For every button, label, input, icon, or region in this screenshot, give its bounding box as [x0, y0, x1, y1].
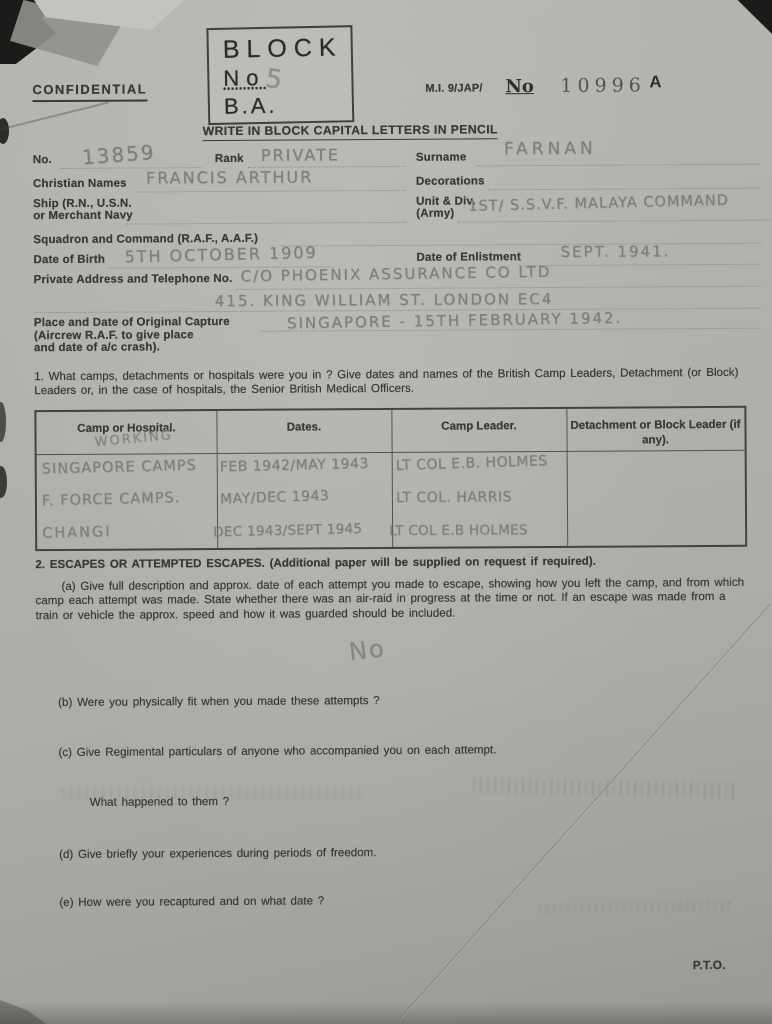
- field-value-rank: PRIVATE: [261, 145, 340, 164]
- scanned-pow-form-page: BLOCK No 5 B.A. CONFIDENTIAL M.I. 9/JAP/…: [0, 0, 772, 1024]
- table-header-leader: Camp Leader.: [391, 419, 566, 435]
- field-label-decorations: Decorations: [416, 175, 485, 187]
- field-label-enlistment: Date of Enlistment: [416, 251, 521, 264]
- pencil-instruction-heading: WRITE IN BLOCK CAPITAL LETTERS IN PENCIL: [203, 122, 498, 141]
- camps-table: Camp or Hospital. Dates. Camp Leader. De…: [34, 406, 747, 551]
- field-value-unit: 1ST/ S.S.V.F. MALAYA COMMAND: [468, 193, 729, 215]
- field-line-unit: [458, 220, 770, 223]
- field-value-christian-names: FRANCIS ARTHUR: [146, 167, 313, 187]
- field-value-surname: FARNAN: [504, 139, 597, 160]
- serial-no-label: No: [505, 76, 534, 97]
- field-value-enlistment: SEPT. 1941.: [560, 242, 670, 261]
- field-value-date-of-birth: 5TH OCTOBER 1909: [124, 243, 318, 267]
- field-line-decorations: [488, 188, 760, 191]
- question-2c-text: (c) Give Regimental particulars of anyon…: [58, 742, 718, 760]
- field-line-christian-names: [138, 190, 406, 193]
- question-1-text: 1. What camps, detachments or hospitals …: [34, 366, 746, 399]
- field-label-rank: Rank: [215, 153, 244, 165]
- table-header-detachment: Detachment or Block Leader (if any).: [570, 418, 740, 449]
- table-row1-leader: LT COL E.B. HOLMES: [395, 453, 547, 474]
- table-header-rule: [37, 450, 745, 456]
- field-value-address-2: 415. KING WILLIAM ST. LONDON EC4: [215, 290, 554, 310]
- question-2b-text: (b) Were you physically fit when you mad…: [58, 692, 718, 710]
- field-line-enlistment: [518, 264, 760, 266]
- table-row3-camp: CHANGI: [42, 524, 112, 542]
- field-note-capture-2: and date of a/c crash).: [34, 341, 160, 354]
- field-label-unit-line2: (Army): [416, 208, 454, 220]
- question-2-heading: 2. ESCAPES OR ATTEMPTED ESCAPES. (Additi…: [35, 554, 749, 573]
- table-row3-dates: DEC 1943/SEPT 1945: [213, 521, 362, 541]
- block-number-stamp: BLOCK No 5 B.A.: [206, 25, 354, 125]
- table-row2-camp: F. FORCE CAMPS.: [42, 490, 181, 509]
- field-label-date-of-birth: Date of Birth: [33, 254, 105, 266]
- table-row2-dates: MAY/DEC 1943: [220, 488, 330, 508]
- table-header-dates: Dates.: [216, 420, 391, 436]
- field-label-capture: Place and Date of Original Capture: [34, 316, 230, 329]
- form-content: BLOCK No 5 B.A. CONFIDENTIAL M.I. 9/JAP/…: [0, 0, 772, 1024]
- field-label-no: No.: [33, 154, 52, 166]
- stamp-ba-word: B.A.: [224, 93, 278, 120]
- field-line-squadron: [281, 243, 761, 247]
- field-note-capture-1: (Aircrew R.A.F. to give place: [34, 329, 194, 342]
- table-row2-leader: LT COL. HARRIS: [396, 489, 512, 506]
- stamp-block-number-handwritten: 5: [263, 64, 286, 96]
- question-2d-text: (d) Give briefly your experiences during…: [59, 844, 719, 862]
- table-row3-leader: LT COL E.B HOLMES: [389, 522, 528, 539]
- table-row1-dates: FEB 1942/MAY 1943: [220, 456, 369, 476]
- confidential-marking: CONFIDENTIAL: [32, 81, 147, 102]
- stamp-block-word: BLOCK: [223, 33, 343, 64]
- question-2c2-text: What happened to them ?: [90, 792, 690, 810]
- field-label-christian-names: Christian Names: [33, 178, 127, 191]
- field-line-ship: [126, 222, 406, 225]
- question-2a-text: (a) Give full description and approx. da…: [35, 576, 749, 623]
- field-label-unit-line1: Unit & Div.: [416, 195, 476, 207]
- field-value-address-1: C/O PHOENIX ASSURANCE CO LTD: [240, 263, 551, 286]
- stamp-no-label: No: [223, 65, 266, 92]
- field-label-address: Private Address and Telephone No.: [34, 273, 233, 286]
- please-turn-over: P.T.O.: [693, 958, 726, 972]
- table-row1-camp: SINGAPORE CAMPS: [42, 458, 197, 478]
- field-label-ship-line1: Ship (R.N., U.S.N.: [33, 198, 132, 211]
- table-divider-3: [566, 409, 568, 546]
- field-label-ship-line2: or Merchant Navy: [33, 210, 133, 223]
- field-label-surname: Surname: [416, 152, 467, 164]
- serial-series-letter: A: [649, 72, 661, 92]
- file-reference: M.I. 9/JAP/: [425, 82, 482, 94]
- serial-number: 10996: [560, 74, 646, 97]
- field-line-address-1: [237, 286, 761, 290]
- question-2a-answer: No: [347, 634, 387, 666]
- field-value-no: 13859: [81, 140, 156, 170]
- question-2e-text: (e) How were you recaptured and on what …: [59, 892, 719, 910]
- field-line-surname: [476, 164, 760, 167]
